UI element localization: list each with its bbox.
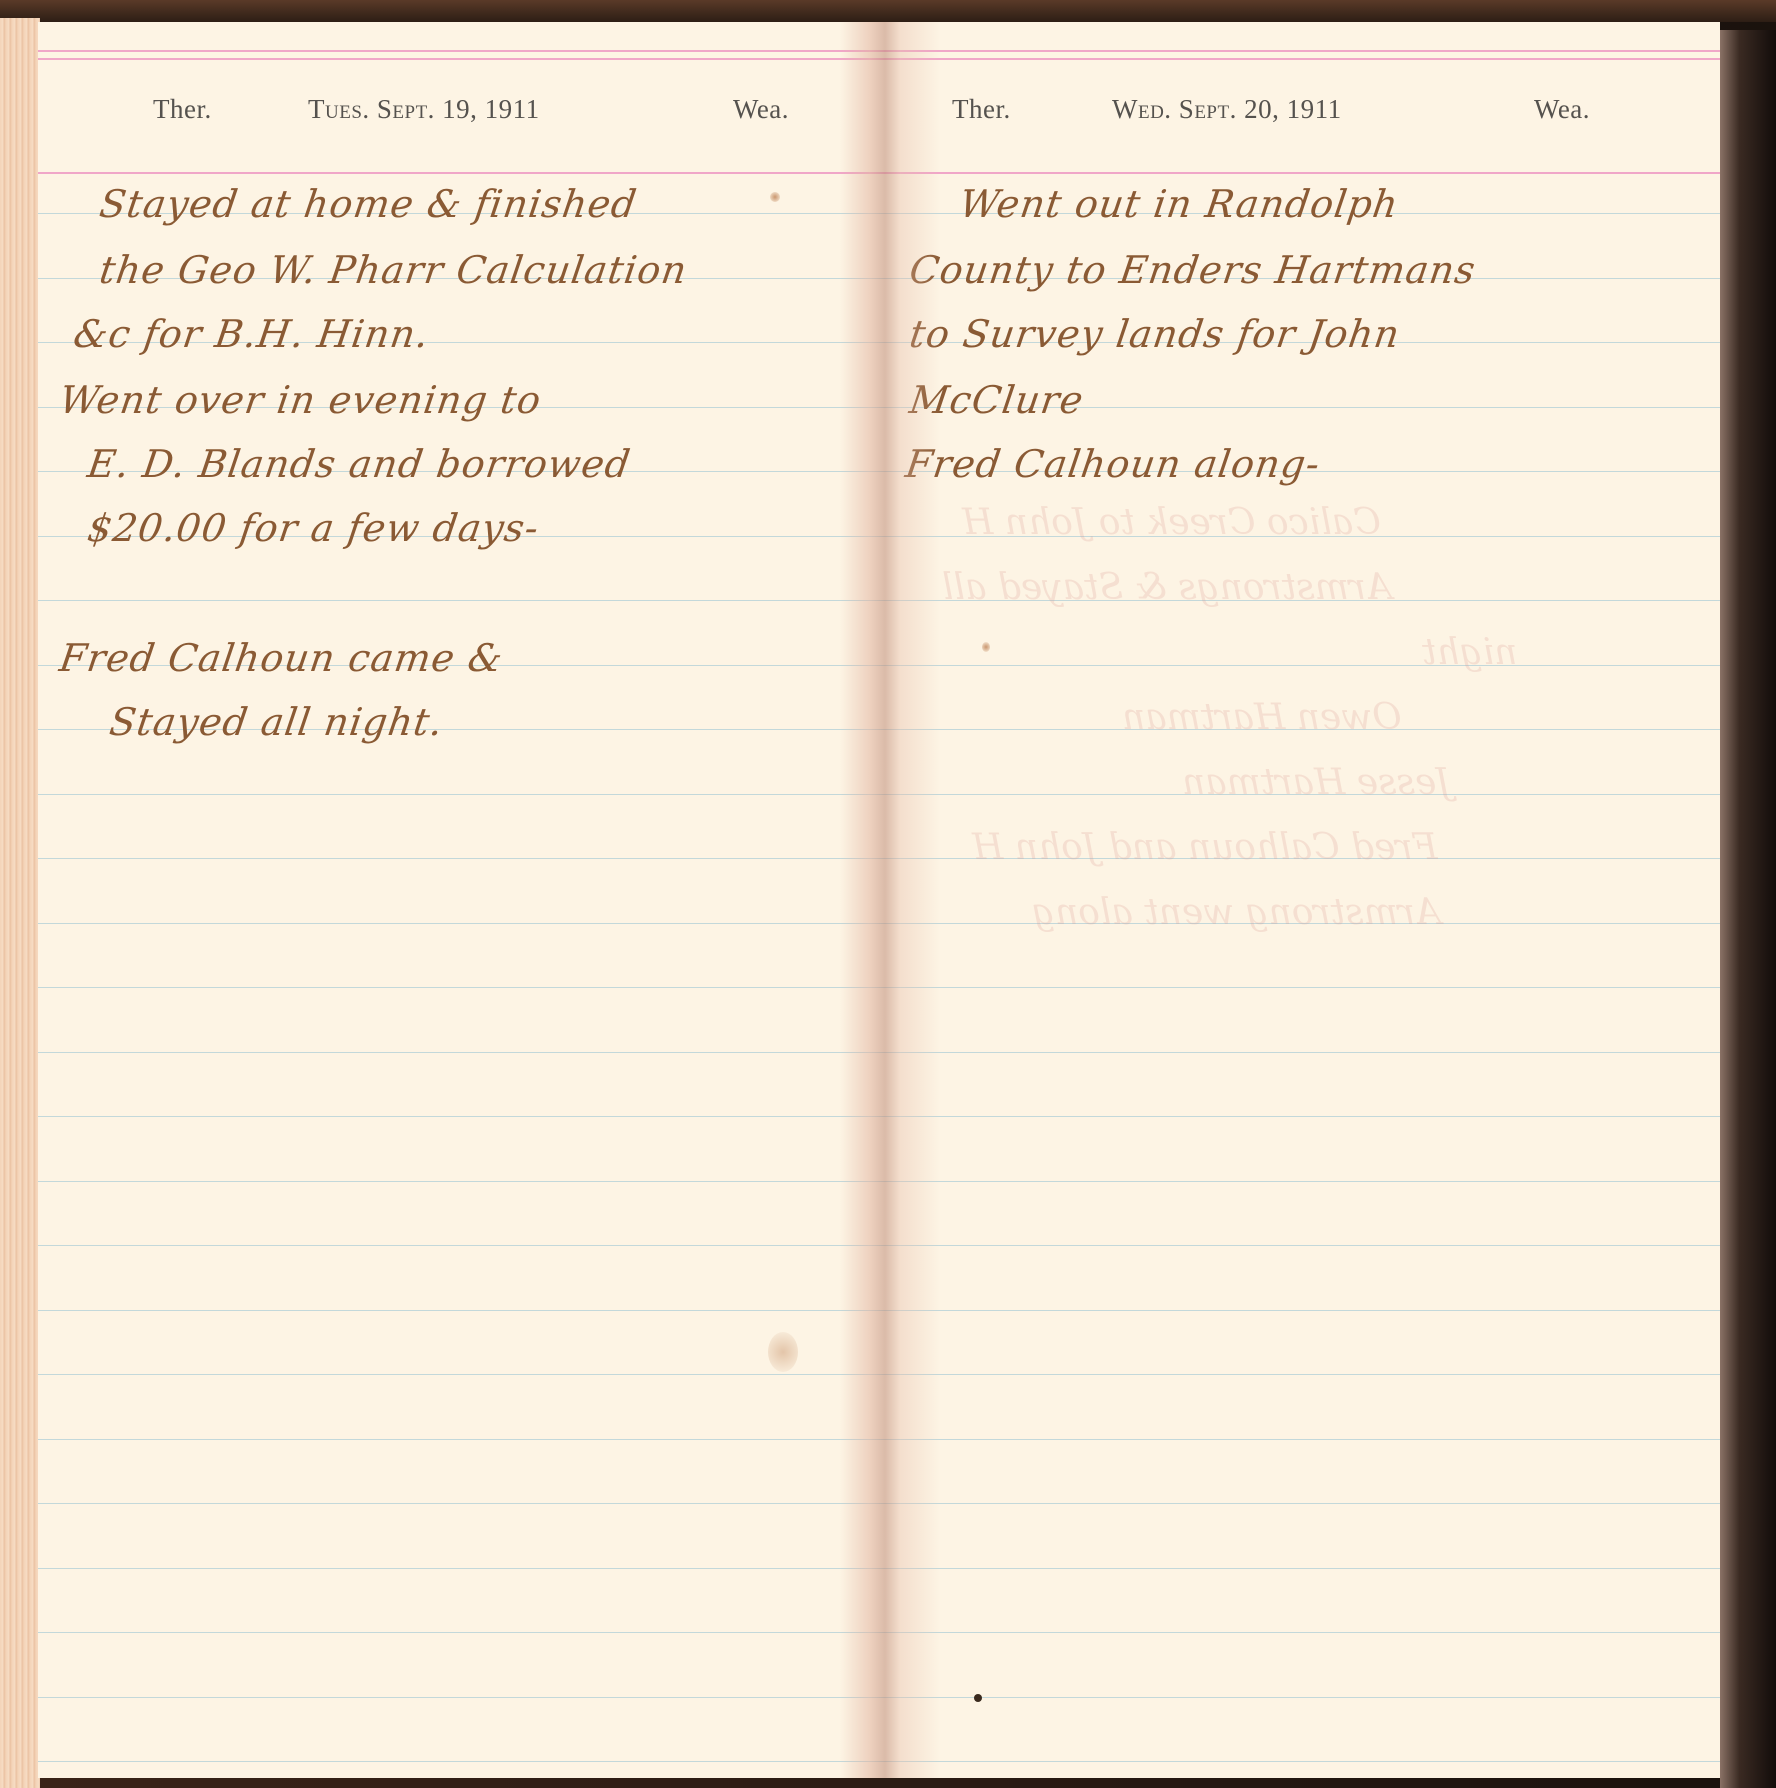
foxing-stain xyxy=(768,1332,798,1372)
blue-rule xyxy=(882,1761,1720,1762)
entry-line: Stayed at home & finished xyxy=(97,182,640,226)
weather-label: Wea. xyxy=(733,94,789,125)
blue-rule xyxy=(882,1181,1720,1182)
entry-line: Went out in Randolph xyxy=(957,182,1402,226)
blue-rule xyxy=(38,1052,882,1053)
blue-rule xyxy=(882,665,1720,666)
blue-rule xyxy=(882,1116,1720,1117)
pink-rule xyxy=(38,58,882,60)
entry-line: Fred Calhoun came & xyxy=(57,636,506,680)
page-header: Ther. Tues. Sept. 19, 1911 Wea. xyxy=(38,94,882,134)
bleed-through-text: Calico Creek to John H xyxy=(962,502,1381,543)
weather-label: Wea. xyxy=(1534,94,1590,125)
blue-rule xyxy=(882,1052,1720,1053)
blue-rule xyxy=(882,1503,1720,1504)
blue-rule xyxy=(38,1761,882,1762)
ink-spot xyxy=(770,192,780,202)
ink-spot xyxy=(982,642,990,652)
blue-rule xyxy=(38,923,882,924)
entry-line: $20.00 for a few days- xyxy=(85,506,542,550)
page-stack-edge xyxy=(0,18,40,1788)
cover-top-edge xyxy=(0,0,1776,22)
blue-rule xyxy=(882,987,1720,988)
entry-line: to Survey lands for John xyxy=(907,312,1403,356)
ink-spot xyxy=(974,1694,982,1702)
entry-line: McClure xyxy=(907,378,1087,422)
blue-rule xyxy=(38,1632,882,1633)
blue-rule xyxy=(38,1310,882,1311)
book-right-edge xyxy=(1720,30,1776,1788)
entry-line: County to Enders Hartmans xyxy=(907,248,1479,292)
date-heading: Tues. Sept. 19, 1911 xyxy=(308,94,540,125)
blue-rule xyxy=(38,600,882,601)
pink-rule xyxy=(38,50,882,52)
entry-line: Fred Calhoun along- xyxy=(903,442,1323,486)
blue-rule xyxy=(882,1310,1720,1311)
blue-rule xyxy=(882,1439,1720,1440)
left-page: Ther. Tues. Sept. 19, 1911 Wea. Stayed a… xyxy=(38,22,882,1778)
bleed-through-text: night xyxy=(1422,632,1517,673)
blue-rule xyxy=(38,1181,882,1182)
blue-rule xyxy=(38,1503,882,1504)
blue-rule xyxy=(38,1697,882,1698)
blue-rule xyxy=(38,858,882,859)
blue-rule xyxy=(38,1245,882,1246)
entry-line: Stayed all night. xyxy=(107,700,446,744)
blue-rule xyxy=(38,1374,882,1375)
thermometer-label: Ther. xyxy=(153,94,212,125)
thermometer-label: Ther. xyxy=(952,94,1011,125)
bleed-through-text: Armstrong went along xyxy=(1032,892,1441,933)
date-heading: Wed. Sept. 20, 1911 xyxy=(1112,94,1342,125)
pink-rule xyxy=(882,58,1720,60)
bleed-through-text: Jesse Hartman xyxy=(1182,762,1451,803)
blue-rule xyxy=(882,1568,1720,1569)
blue-rule xyxy=(882,1245,1720,1246)
bleed-through-text: Owen Hartman xyxy=(1122,697,1402,738)
blue-rule xyxy=(38,794,882,795)
blue-rule xyxy=(38,1568,882,1569)
entry-line: &c for B.H. Hinn. xyxy=(71,312,432,356)
right-page: Ther. Wed. Sept. 20, 1911 Wea. Calico Cr… xyxy=(882,22,1720,1778)
blue-rule xyxy=(38,1439,882,1440)
pink-rule xyxy=(882,172,1720,174)
entry-line: Went over in evening to xyxy=(57,378,544,422)
blue-rule xyxy=(38,1116,882,1117)
pink-rule xyxy=(38,172,882,174)
bleed-through-text: Armstrongs & Stayed all xyxy=(942,567,1392,608)
blue-rule xyxy=(882,1374,1720,1375)
page-header: Ther. Wed. Sept. 20, 1911 Wea. xyxy=(882,94,1720,134)
blue-rule xyxy=(882,1697,1720,1698)
pink-rule xyxy=(882,50,1720,52)
bleed-through-text: Fred Calhoun and John H xyxy=(972,827,1438,868)
entry-line: E. D. Blands and borrowed xyxy=(85,442,634,486)
entry-line: the Geo W. Pharr Calculation xyxy=(97,248,690,292)
blue-rule xyxy=(38,987,882,988)
blue-rule xyxy=(882,1632,1720,1633)
